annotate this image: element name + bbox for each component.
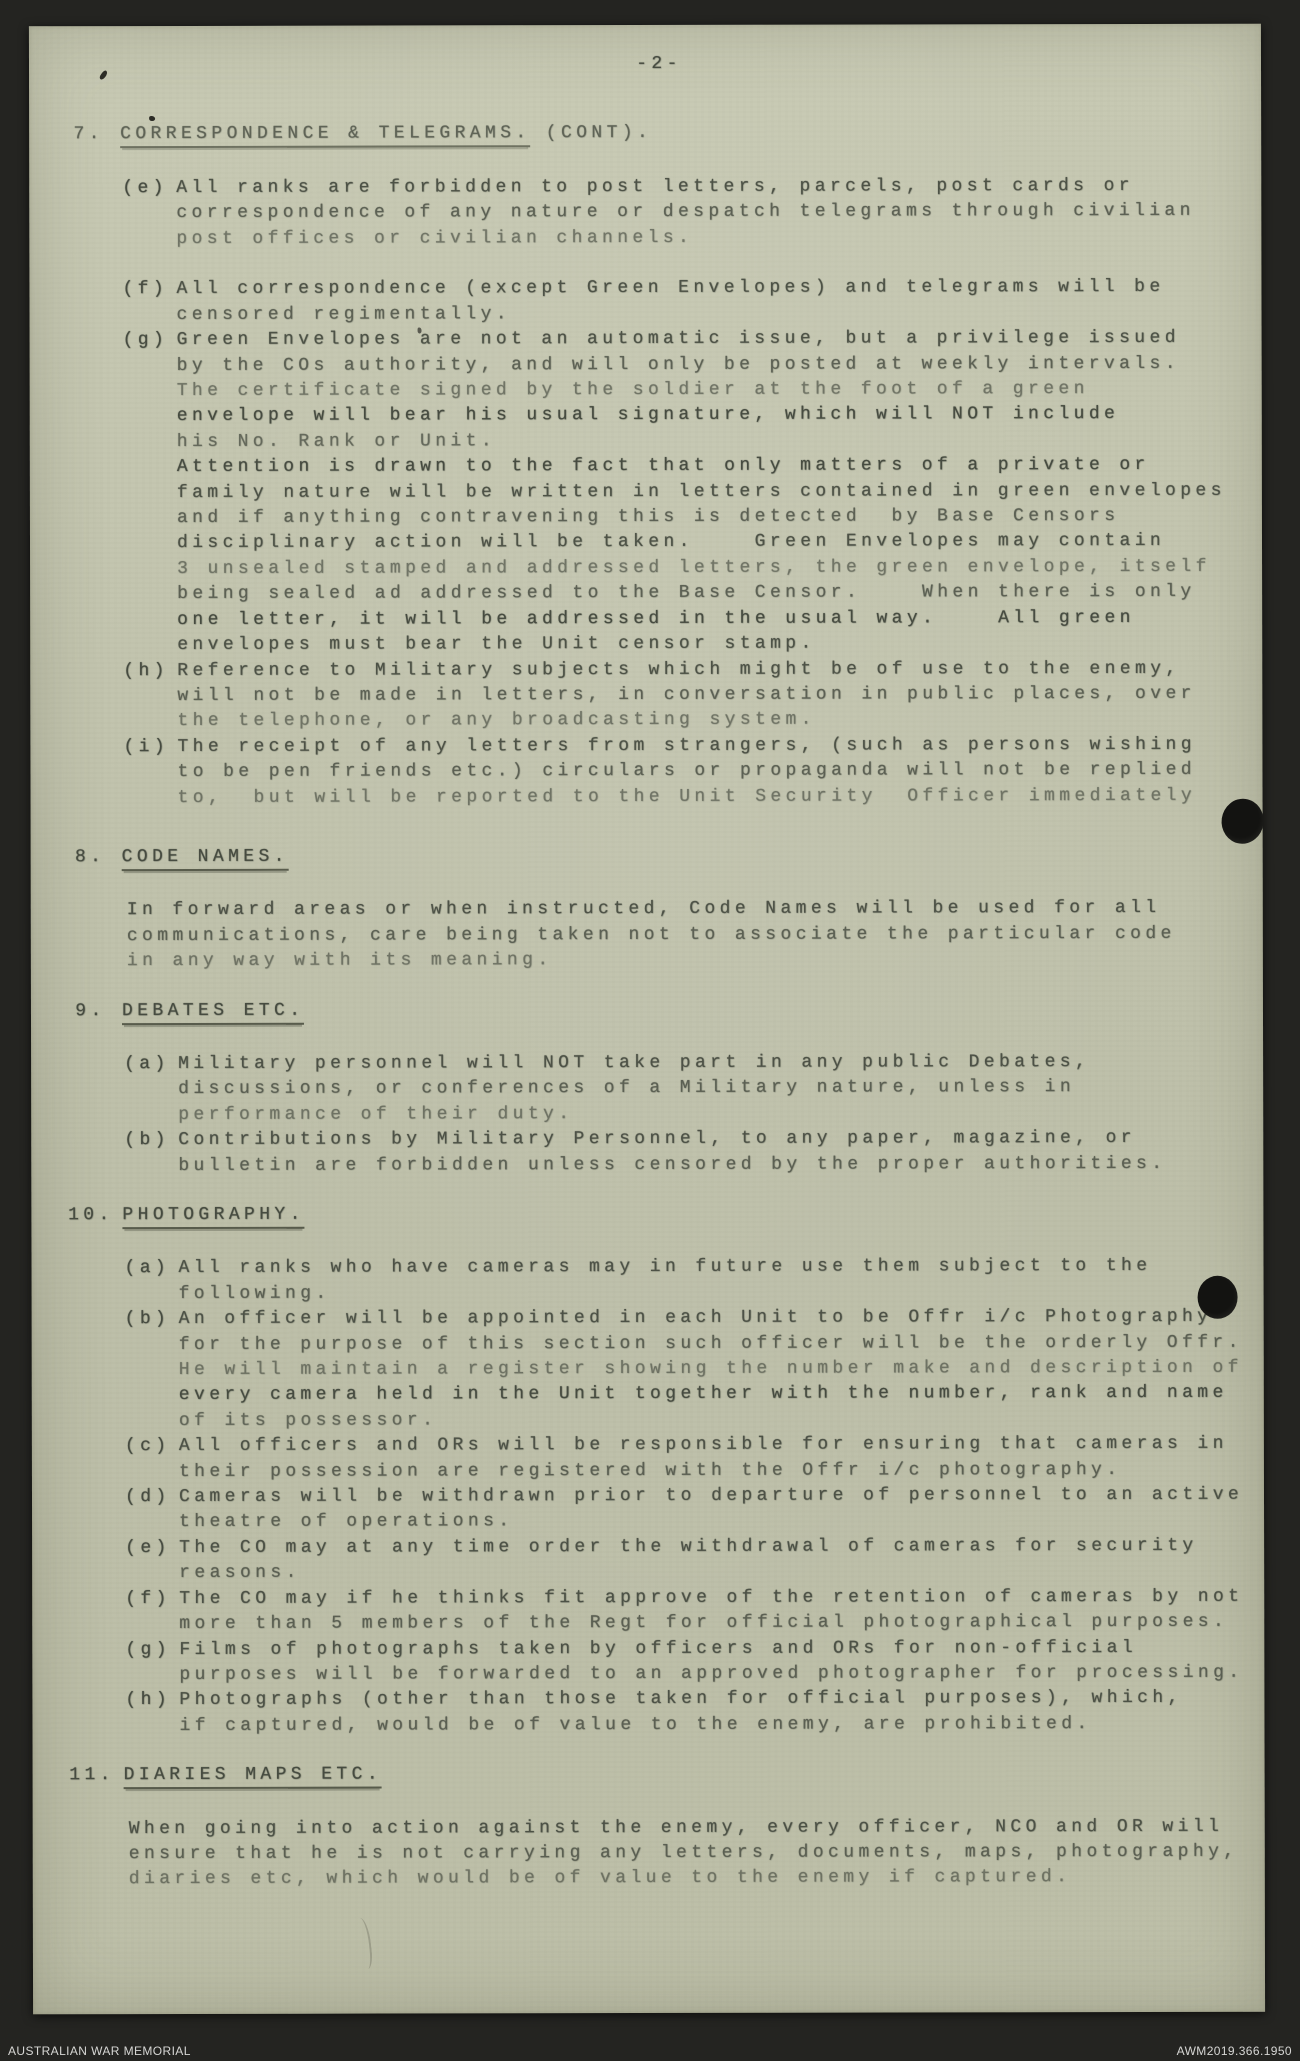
- item-text: An officer will be appointed in each Uni…: [179, 1305, 1264, 1434]
- section-heading: 11.DIARIES MAPS ETC.: [33, 1761, 1265, 1789]
- item-label: (h): [123, 659, 169, 685]
- item-label: (b): [125, 1307, 171, 1333]
- scanned-document-page: { "page": { "number_label": "-2-" }, "co…: [0, 0, 1300, 2061]
- section-title: DEBATES ETC.: [122, 1000, 304, 1024]
- text-line: in any way with its meaning.: [127, 947, 1263, 975]
- section-number: 7.: [57, 123, 120, 149]
- section-item: In forward areas or when instructed, Cod…: [31, 896, 1263, 975]
- text-line: to, but will be reported to the Unit Sec…: [178, 783, 1263, 811]
- item-label: (h): [125, 1688, 171, 1714]
- item-text: The CO may at any time order the withdra…: [179, 1534, 1264, 1587]
- text-line: All ranks who have cameras may in future…: [178, 1254, 1263, 1282]
- text-line: discussions, or conferences of a Militar…: [178, 1075, 1263, 1103]
- text-line: All ranks are forbidden to post letters,…: [176, 174, 1261, 202]
- section-number: 9.: [59, 999, 122, 1025]
- item-text: Contributions by Military Personnel, to …: [178, 1126, 1263, 1179]
- item-text: Green Envelopes are not an automatic iss…: [177, 326, 1263, 659]
- text-line: An officer will be appointed in each Uni…: [179, 1305, 1264, 1333]
- text-line: the telephone, or any broadcasting syste…: [177, 707, 1262, 735]
- text-line: 3 unsealed stamped and addressed letters…: [177, 555, 1262, 583]
- typewritten-content: -2- 7.CORRESPONDENCE & TELEGRAMS. (CONT)…: [29, 24, 1265, 2015]
- text-line: being sealed ad addressed to the Base Ce…: [177, 580, 1262, 608]
- item-label: (g): [125, 1638, 171, 1664]
- section-heading: 8.CODE NAMES.: [31, 843, 1263, 871]
- text-line: bulletin are forbidden unless censored b…: [178, 1151, 1263, 1179]
- item-label: (d): [125, 1485, 171, 1511]
- text-line: every camera held in the Unit together w…: [179, 1381, 1264, 1409]
- text-line: and if anything contravening this is det…: [177, 504, 1262, 532]
- document-sections: 7.CORRESPONDENCE & TELEGRAMS. (CONT).(e)…: [29, 120, 1265, 1893]
- item-label: (g): [123, 328, 169, 354]
- text-line: of its possessor.: [179, 1407, 1264, 1435]
- text-line: more than 5 members of the Regt for offi…: [179, 1610, 1264, 1638]
- section-item: (i)The receipt of any letters from stran…: [30, 732, 1262, 811]
- section-item: (e)All ranks are forbidden to post lette…: [29, 174, 1261, 253]
- section-9: 9.DEBATES ETC.(a)Military personnel will…: [31, 996, 1263, 1179]
- text-line: correspondence of any nature or despatch…: [176, 199, 1261, 227]
- text-line: When going into action against the enemy…: [129, 1814, 1265, 1842]
- item-text: All officers and ORs will be responsible…: [179, 1432, 1264, 1485]
- item-label: (b): [124, 1128, 170, 1154]
- text-line: their possession are registered with the…: [179, 1457, 1264, 1485]
- item-text: Reference to Military subjects which mig…: [177, 656, 1262, 734]
- text-line: All correspondence (except Green Envelop…: [176, 275, 1261, 303]
- text-line: theatre of operations.: [179, 1508, 1264, 1536]
- item-text: In forward areas or when instructed, Cod…: [127, 896, 1263, 975]
- section-item: (a)All ranks who have cameras may in fut…: [31, 1254, 1263, 1307]
- text-line: post offices or civilian channels.: [176, 224, 1261, 252]
- item-label: (a): [124, 1256, 170, 1282]
- section-title-text: CORRESPONDENCE & TELEGRAMS.: [120, 124, 531, 149]
- section-item: (c)All officers and ORs will be responsi…: [32, 1432, 1264, 1485]
- text-line: ensure that he is not carrying any lette…: [129, 1840, 1265, 1868]
- section-item: (e)The CO may at any time order the with…: [32, 1534, 1264, 1587]
- section-11: 11.DIARIES MAPS ETC.When going into acti…: [33, 1761, 1265, 1893]
- ink-speck: [149, 116, 155, 121]
- text-line: All officers and ORs will be responsible…: [179, 1432, 1264, 1460]
- document-paper: -2- 7.CORRESPONDENCE & TELEGRAMS. (CONT)…: [29, 24, 1265, 2015]
- section-number: 8.: [59, 845, 122, 871]
- text-line: by the COs authority, and will only be p…: [177, 351, 1262, 379]
- text-line: disciplinary action will be taken. Green…: [177, 529, 1262, 557]
- text-line: one letter, it will be addressed in the …: [177, 605, 1262, 633]
- text-line: following.: [179, 1280, 1264, 1308]
- text-line: He will maintain a register showing the …: [179, 1356, 1264, 1384]
- item-label: (i): [123, 735, 169, 761]
- text-line: Green Envelopes are not an automatic iss…: [177, 326, 1262, 354]
- text-line: Contributions by Military Personnel, to …: [178, 1126, 1263, 1154]
- text-line: his No. Rank or Unit.: [177, 428, 1262, 456]
- page-number: -2-: [43, 51, 1275, 79]
- text-line: In forward areas or when instructed, Cod…: [127, 896, 1263, 924]
- section-items: (e)All ranks are forbidden to post lette…: [29, 174, 1262, 812]
- section-item: When going into action against the enemy…: [33, 1814, 1265, 1893]
- text-line: Cameras will be withdrawn prior to depar…: [179, 1483, 1264, 1511]
- archive-name: AUSTRALIAN WAR MEMORIAL: [8, 2044, 191, 2058]
- item-label: (e): [122, 176, 168, 202]
- text-line: Films of photographs taken by officers a…: [179, 1635, 1264, 1663]
- text-line: will not be made in letters, in conversa…: [177, 682, 1262, 710]
- text-line: if captured, would be of value to the en…: [179, 1711, 1264, 1739]
- item-text: Photographs (other than those taken for …: [179, 1686, 1264, 1739]
- section-title: PHOTOGRAPHY.: [122, 1205, 304, 1229]
- section-heading: 9.DEBATES ETC.: [31, 996, 1263, 1024]
- section-title: CODE NAMES.: [122, 847, 289, 871]
- section-item: (h)Reference to Military subjects which …: [30, 656, 1262, 735]
- item-text: Military personnel will NOT take part in…: [178, 1050, 1263, 1128]
- item-text: All ranks who have cameras may in future…: [178, 1254, 1263, 1307]
- text-line: to be pen friends etc.) circulars or pro…: [177, 758, 1262, 786]
- text-line: envelope will bear his usual signature, …: [177, 402, 1262, 430]
- section-items: In forward areas or when instructed, Cod…: [31, 896, 1263, 975]
- section-10: 10.PHOTOGRAPHY.(a)All ranks who have cam…: [31, 1201, 1264, 1740]
- section-8: 8.CODE NAMES.In forward areas or when in…: [31, 843, 1263, 975]
- text-line: family nature will be written in letters…: [177, 478, 1262, 506]
- section-item: (g)Films of photographs taken by officer…: [32, 1635, 1264, 1688]
- section-title: DIARIES MAPS ETC.: [124, 1765, 382, 1790]
- text-line: diaries etc, which would be of value to …: [129, 1865, 1265, 1893]
- text-line: performance of their duty.: [178, 1101, 1263, 1129]
- text-line: reasons.: [179, 1559, 1264, 1587]
- item-label: (e): [125, 1536, 171, 1562]
- section-title-text: CODE NAMES.: [122, 847, 289, 871]
- section-number: 11.: [61, 1763, 124, 1789]
- section-items: When going into action against the enemy…: [33, 1814, 1265, 1893]
- text-line: The certificate signed by the soldier at…: [177, 377, 1262, 405]
- text-line: envelopes must bear the Unit censor stam…: [177, 631, 1262, 659]
- section-title-suffix: (CONT).: [531, 123, 653, 143]
- ink-speck: [418, 327, 422, 333]
- section-item: (a)Military personnel will NOT take part…: [31, 1050, 1263, 1129]
- text-line: communications, care being taken not to …: [127, 921, 1263, 949]
- text-line: censored regimentally.: [176, 301, 1261, 329]
- archive-reference-number: AWM2019.366.1950: [1177, 2044, 1292, 2058]
- text-line: purposes will be forwarded to an approve…: [179, 1661, 1264, 1689]
- item-text: Cameras will be withdrawn prior to depar…: [179, 1483, 1264, 1536]
- item-label: (f): [125, 1587, 171, 1613]
- section-items: (a)All ranks who have cameras may in fut…: [31, 1254, 1264, 1739]
- text-line: The receipt of any letters from stranger…: [177, 732, 1262, 760]
- text-line: The CO may if he thinks fit approve of t…: [179, 1584, 1264, 1612]
- item-text: The CO may if he thinks fit approve of t…: [179, 1584, 1264, 1637]
- text-line: Attention is drawn to the fact that only…: [177, 453, 1262, 481]
- section-title-text: DIARIES MAPS ETC.: [124, 1765, 382, 1790]
- text-line: Reference to Military subjects which mig…: [177, 656, 1262, 684]
- punch-hole: [1198, 1276, 1238, 1319]
- item-label: (a): [124, 1052, 170, 1078]
- section-item: (b)An officer will be appointed in each …: [32, 1305, 1264, 1435]
- section-title-text: PHOTOGRAPHY.: [122, 1205, 304, 1229]
- text-line: for the purpose of this section such off…: [179, 1330, 1264, 1358]
- item-text: The receipt of any letters from stranger…: [177, 732, 1262, 810]
- item-text: All correspondence (except Green Envelop…: [176, 275, 1261, 328]
- section-number: 10.: [59, 1203, 122, 1229]
- section-item: (h)Photographs (other than those taken f…: [32, 1686, 1264, 1739]
- item-text: When going into action against the enemy…: [129, 1814, 1265, 1893]
- section-item: (g)Green Envelopes are not an automatic …: [30, 326, 1263, 659]
- item-text: All ranks are forbidden to post letters,…: [176, 174, 1261, 252]
- section-items: (a)Military personnel will NOT take part…: [31, 1050, 1263, 1180]
- section-heading: 7.CORRESPONDENCE & TELEGRAMS. (CONT).: [29, 120, 1261, 148]
- text-line: The CO may at any time order the withdra…: [179, 1534, 1264, 1562]
- text-line: Military personnel will NOT take part in…: [178, 1050, 1263, 1078]
- section-item: (b)Contributions by Military Personnel, …: [31, 1126, 1263, 1179]
- section-item: (f)All correspondence (except Green Enve…: [29, 275, 1261, 328]
- section-title-text: DEBATES ETC.: [122, 1000, 304, 1024]
- item-label: (c): [125, 1434, 171, 1460]
- item-label: (f): [122, 277, 168, 303]
- section-item: (d)Cameras will be withdrawn prior to de…: [32, 1483, 1264, 1536]
- section-title: CORRESPONDENCE & TELEGRAMS. (CONT).: [120, 123, 652, 148]
- archive-footer: AUSTRALIAN WAR MEMORIAL AWM2019.366.1950: [0, 2044, 1300, 2058]
- section-heading: 10.PHOTOGRAPHY.: [31, 1201, 1263, 1229]
- section-7: 7.CORRESPONDENCE & TELEGRAMS. (CONT).(e)…: [29, 120, 1262, 811]
- item-text: Films of photographs taken by officers a…: [179, 1635, 1264, 1688]
- section-item: (f)The CO may if he thinks fit approve o…: [32, 1584, 1264, 1637]
- text-line: Photographs (other than those taken for …: [179, 1686, 1264, 1714]
